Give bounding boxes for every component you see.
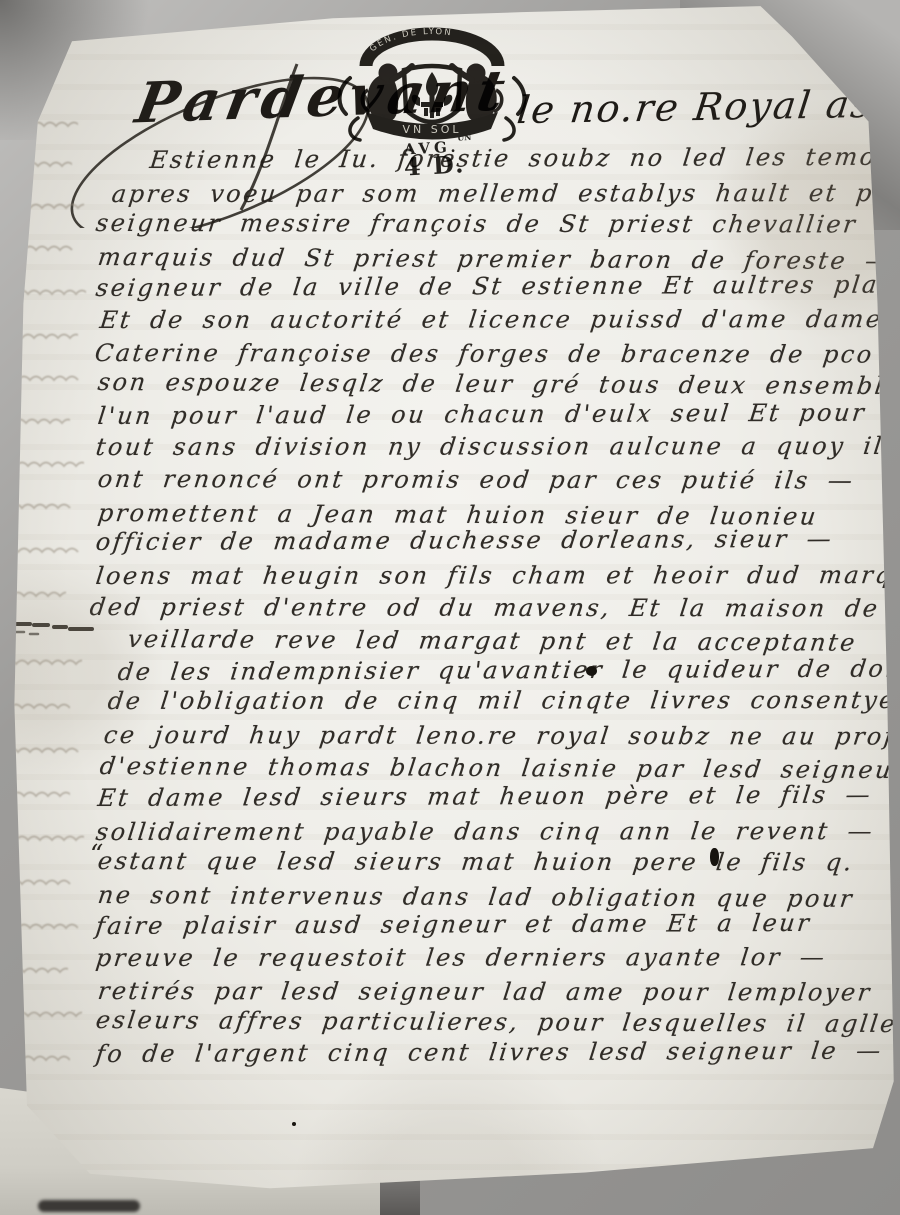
bleedthrough-mark <box>8 330 78 344</box>
bleedthrough-mark <box>2 656 82 670</box>
bleedthrough-mark <box>8 876 72 890</box>
margin-quote-mark: “ <box>90 840 103 870</box>
manuscript-line: de l'obligation de cinq mil cinqte livre… <box>106 686 897 715</box>
manuscript-line: esleurs affres particulieres, pour lesqu… <box>94 1006 899 1038</box>
bleedthrough-mark <box>2 1008 82 1022</box>
manuscript-line: ont renoncé ont promis eod par ces putié… <box>96 465 856 494</box>
manuscript-line: preuve le requestoit les derniers ayante… <box>94 943 828 972</box>
manuscript-line: faire plaisir ausd seigneur et dame Et a… <box>94 909 813 940</box>
bleedthrough-mark <box>12 415 70 429</box>
margin-ink-dashes <box>10 614 96 644</box>
manuscript-line: Et de son auctorité et licence puissd d'… <box>98 305 900 334</box>
manuscript-line: Caterine françoise des forges de bracenz… <box>93 339 900 369</box>
stamp-denomination-label: 4 D. <box>403 149 466 176</box>
manuscript-line: apres voeu par som mellemd establys haul… <box>110 179 900 208</box>
manuscript-line: loens mat heugin son fils cham et heoir … <box>94 561 900 590</box>
fiscal-stamp: GEN. DE LYON VN SOL UN <box>332 18 532 176</box>
manuscript-line: seigneur de la ville de St estienne Et a… <box>94 270 900 302</box>
bleedthrough-mark <box>4 200 84 214</box>
bleedthrough-mark <box>4 920 78 934</box>
manuscript-line: veillarde reve led margat pnt et la acce… <box>126 625 859 657</box>
bleedthrough-mark <box>4 372 82 386</box>
shield-fleur-de-lis-icon <box>404 66 460 122</box>
manuscript-line: seigneur messire françois de St priest c… <box>94 209 900 239</box>
manuscript-page: Pardevant le no.re Royal asd —— Estienne… <box>0 0 900 1215</box>
manuscript-line: retirés par lesd seigneur lad ame pour l… <box>96 977 873 1006</box>
ink-blot <box>843 1156 849 1162</box>
manuscript-line: de les indempnisier qu'avantier le quide… <box>116 654 900 686</box>
manuscript-line: tout sans division ny discussion aulcune… <box>94 432 900 461</box>
manuscript-line: Et dame lesd sieurs mat heuon père et le… <box>96 781 874 812</box>
bleedthrough-mark <box>10 964 68 978</box>
bleedthrough-mark <box>8 1052 70 1066</box>
bottom-edge-dark-mark <box>38 1200 140 1212</box>
manuscript-line: ce jourd huy pardt leno.re royal soubz n… <box>102 721 900 751</box>
bleedthrough-mark <box>12 158 72 172</box>
manuscript-line: ded priest d'entre od du mavens, Et la m… <box>88 593 900 623</box>
bleedthrough-mark <box>2 286 86 300</box>
manuscript-line: marquis dud St priest premier baron de f… <box>96 243 893 275</box>
manuscript-line: ne sont intervenus dans lad obligation q… <box>96 881 856 913</box>
manuscript-line: d'estienne thomas blachon laisnie par le… <box>98 752 900 784</box>
manuscript-line: estant que lesd sieurs mat huion pere le… <box>96 847 855 876</box>
bleedthrough-mark <box>4 744 82 758</box>
stamp-ribbon-label: VN SOL <box>402 123 461 136</box>
manuscript-line: promettent a Jean mat huion sieur de luo… <box>96 499 820 531</box>
bleedthrough-mark <box>8 500 72 514</box>
manuscript-line: officier de madame duchesse dorleans, si… <box>94 525 835 556</box>
manuscript-line: l'un pour l'aud le ou chacun d'eulx seul… <box>96 398 900 430</box>
bleedthrough-mark <box>2 832 84 846</box>
bleedthrough-mark <box>10 788 70 802</box>
bleedthrough-mark <box>8 700 70 714</box>
manuscript-line: fo de l'argent cinq cent livres lesd sei… <box>94 1037 884 1068</box>
ink-blot <box>586 666 597 676</box>
manuscript-line: sollidairement payable dans cinq ann le … <box>94 817 876 846</box>
ink-blot <box>292 1122 296 1126</box>
ink-blot <box>710 848 719 866</box>
bleedthrough-mark <box>10 242 76 256</box>
bleedthrough-mark <box>4 544 80 558</box>
manuscript-line: son espouze lesqlz de leur gré tous deux… <box>96 368 900 400</box>
bleedthrough-mark <box>2 458 84 472</box>
bleedthrough-mark <box>10 588 66 602</box>
